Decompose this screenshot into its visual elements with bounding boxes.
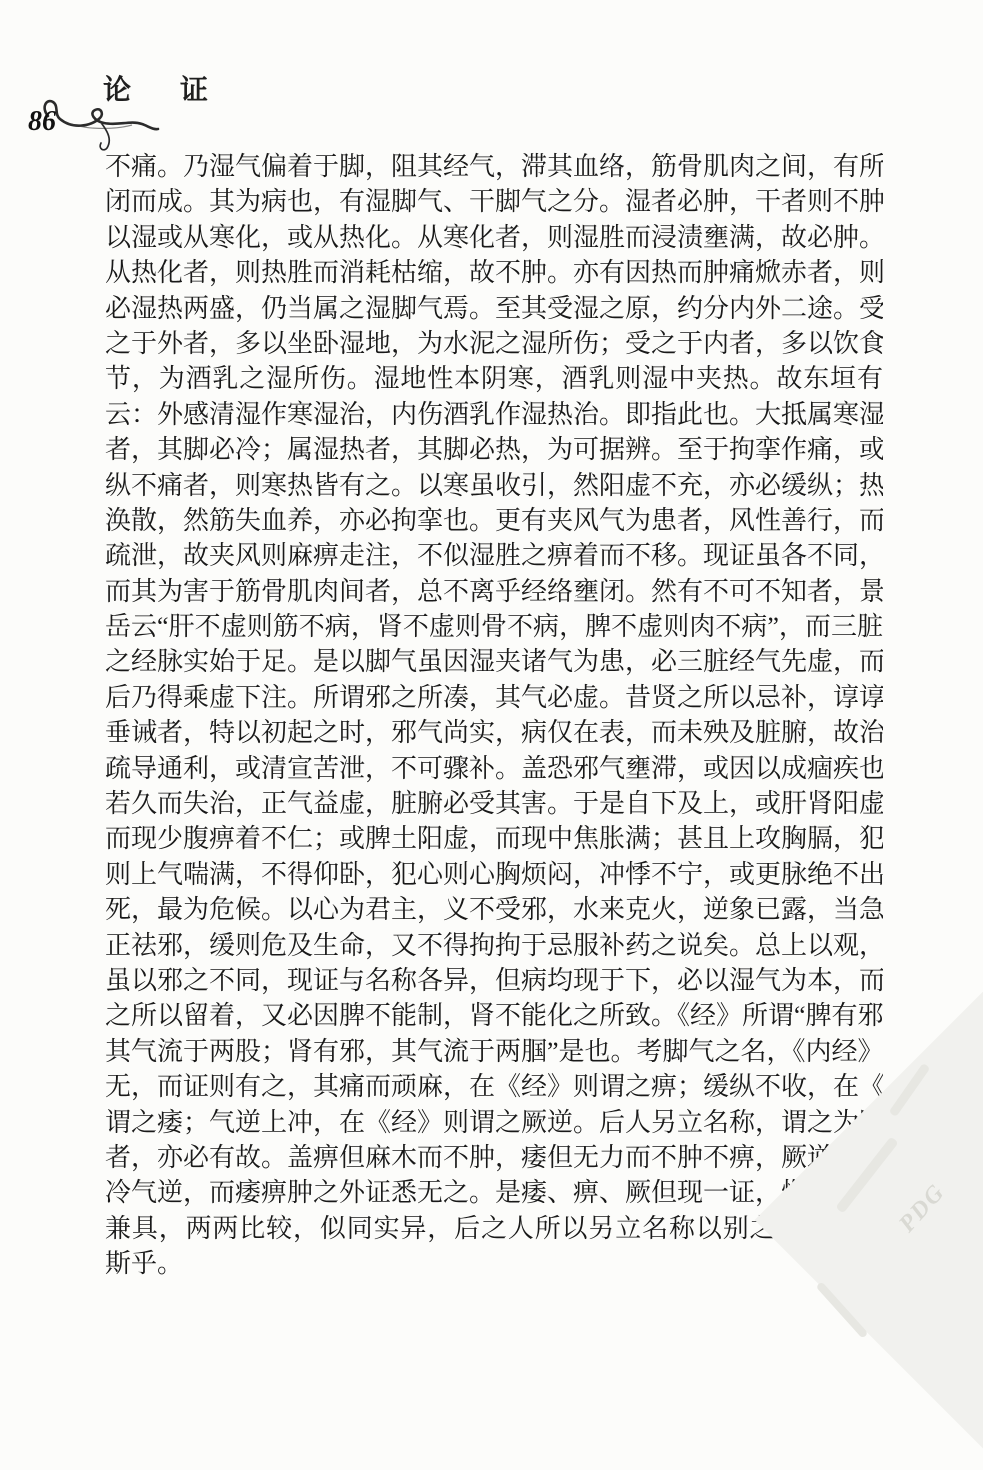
text-line: 虽以邪之不同，现证与名称各异，但病均现于下，必以湿气为本，而湿 xyxy=(105,963,883,998)
text-line: 斯乎。 xyxy=(105,1246,883,1281)
text-line: 无，而证则有之，其痛而顽麻，在《经》则谓之痹；缓纵不收，在《经》则 xyxy=(105,1069,883,1104)
text-line: 疏泄，故夹风则麻痹走注，不似湿胜之痹着而不移。现证虽各不同， xyxy=(105,538,883,573)
text-line: 之于外者，多以坐卧湿地，为水泥之湿所伤；受之于内者，多以饮食不 xyxy=(105,326,883,361)
book-page: 论 证 86 不痛。乃湿气偏着于脚，阻其经气，滞其血络，筋骨肌肉之间，有所壅 闭… xyxy=(0,0,983,1470)
text-line: 云：外感清湿作寒湿治，内伤酒乳作湿热治。即指此也。大抵属寒湿 xyxy=(105,397,883,432)
text-line: 岳云“肝不虚则筋不病，肾不虚则骨不病，脾不虚则肉不病”，而三脏 xyxy=(105,609,883,644)
text-line: 从热化者，则热胜而消耗枯缩，故不肿。亦有因热而肿痛焮赤者，则 xyxy=(105,255,883,290)
text-line: 纵不痛者，则寒热皆有之。以寒虽收引，然阳虚不充，亦必缓纵；热虽 xyxy=(105,468,883,503)
text-line: 若久而失治，正气益虚，脏腑必受其害。于是自下及上，或肝肾阳虚， xyxy=(105,786,883,821)
text-line: 之所以留着，又必因脾不能制，肾不能化之所致。《经》所谓“脾有邪， xyxy=(105,998,883,1033)
text-line: 不痛。乃湿气偏着于脚，阻其经气，滞其血络，筋骨肌肉之间，有所壅 xyxy=(105,149,883,184)
text-line: 之经脉实始于足。是以脚气虽因湿夹诸气为患，必三脏经气先虚，而 xyxy=(105,644,883,679)
chapter-title-char: 证 xyxy=(180,75,208,106)
text-line: 而现少腹痹着不仁；或脾土阳虚，而现中焦胀满；甚且上攻胸膈，犯肺 xyxy=(105,821,883,856)
text-line: 闭而成。其为病也，有湿脚气、干脚气之分。湿者必肿，干者则不肿。 xyxy=(105,184,883,219)
chapter-title: 论 证 xyxy=(103,68,208,108)
body-text: 不痛。乃湿气偏着于脚，阻其经气，滞其血络，筋骨肌肉之间，有所壅 闭而成。其为病也… xyxy=(105,149,883,1282)
page-number: 86 xyxy=(28,106,56,138)
text-line: 以湿或从寒化，或从热化。从寒化者，则湿胜而浸渍壅满，故必肿。 xyxy=(105,220,883,255)
text-line: 冷气逆，而痿痹肿之外证悉无之。是痿、痹、厥但现一证，惟脚气则可 xyxy=(105,1175,883,1210)
text-line: 而其为害于筋骨肌肉间者，总不离乎经络壅闭。然有不可不知者，景 xyxy=(105,574,883,609)
text-line: 正祛邪，缓则危及生命，又不得拘拘于忌服补药之说矣。总上以观， xyxy=(105,928,883,963)
text-line: 后乃得乘虚下注。所谓邪之所凑，其气必虚。昔贤之所以忌补，谆谆 xyxy=(105,680,883,715)
text-line: 涣散，然筋失血养，亦必拘挛也。更有夹风气为患者，风性善行，而主 xyxy=(105,503,883,538)
text-line: 者，亦必有故。盖痹但麻木而不肿，痿但无力而不肿不痹，厥逆但足 xyxy=(105,1140,883,1175)
text-line: 者，其脚必冷；属湿热者，其脚必热，为可据辨。至于拘挛作痛，或缓 xyxy=(105,432,883,467)
text-line: 则上气喘满，不得仰卧，犯心则心胸烦闷，冲悸不宁，或更脉绝不出欲 xyxy=(105,857,883,892)
text-line: 垂诫者，特以初起之时，邪气尚实，病仅在表，而未殃及脏腑，故治宜 xyxy=(105,715,883,750)
text-line: 谓之痿；气逆上冲，在《经》则谓之厥逆。后人另立名称，谓之为脚气 xyxy=(105,1105,883,1140)
text-line: 其气流于两股；肾有邪，其气流于两腘”是也。考脚气之名，《内经》本 xyxy=(105,1034,883,1069)
text-line: 疏导通利，或清宣苦泄，不可骤补。盖恐邪气壅滞，或因以成痼疾也。 xyxy=(105,751,883,786)
text-line: 必湿热两盛，仍当属之湿脚气焉。至其受湿之原，约分内外二途。受 xyxy=(105,291,883,326)
chapter-title-char: 论 xyxy=(103,75,131,106)
text-line: 节，为酒乳之湿所伤。湿地性本阴寒，酒乳则湿中夹热。故东垣有 xyxy=(105,361,883,396)
text-line: 死，最为危候。以心为君主，义不受邪，水来克火，逆象已露，当急补 xyxy=(105,892,883,927)
